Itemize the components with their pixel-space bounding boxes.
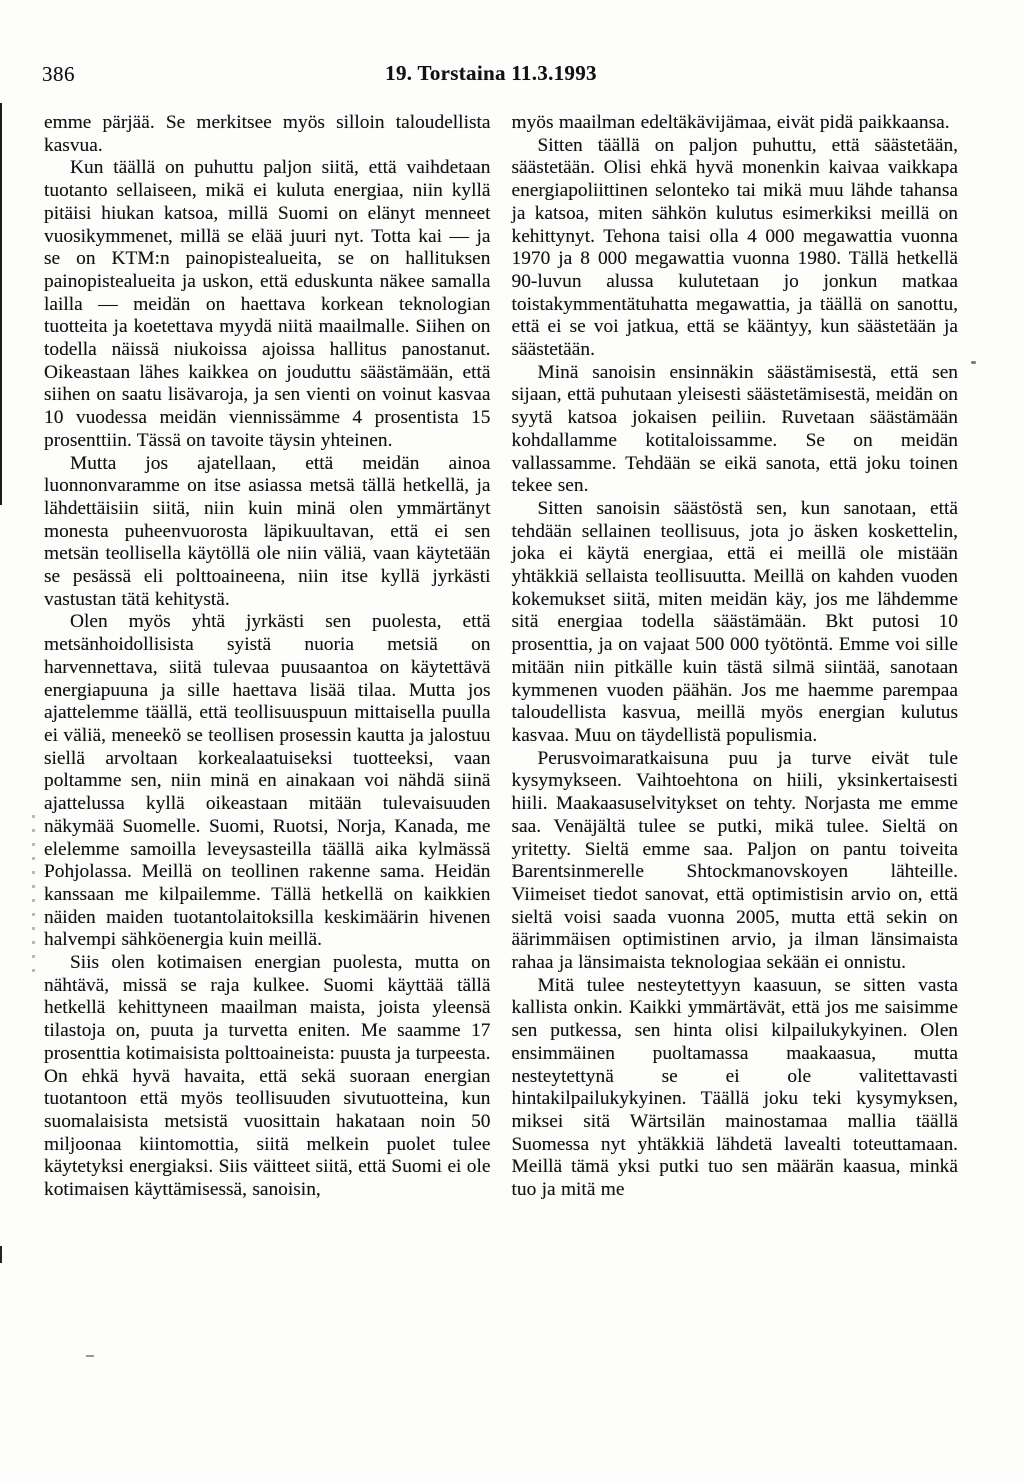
page-header-title: 19. Torstaina 11.3.1993: [0, 61, 982, 86]
paragraph: Siis olen kotimaisen energian puolesta, …: [44, 952, 491, 1202]
paragraph: Kun täällä on puhuttu paljon siitä, että…: [44, 157, 491, 452]
paragraph: Mitä tulee nesteytettyyn kaasuun, se sit…: [512, 975, 959, 1202]
scanned-document-page: 386 19. Torstaina 11.3.1993 emme pärjää.…: [0, 0, 1024, 1483]
paragraph: Sitten täällä on paljon puhuttu, että sä…: [512, 135, 959, 362]
paragraph: Mutta jos ajatellaan, että meidän ainoa …: [44, 453, 491, 612]
scan-dotted-artifact: [32, 815, 35, 975]
scan-edge-line-artifact: [0, 1246, 2, 1263]
left-column: emme pärjää. Se merkitsee myös silloin t…: [44, 112, 491, 1202]
paragraph: Olen myös yhtä jyrkästi sen puolesta, et…: [44, 611, 491, 952]
paragraph: Minä sanoisin ensinnäkin säästämisestä, …: [512, 362, 959, 498]
scan-speck: [86, 1355, 94, 1357]
text-columns: emme pärjää. Se merkitsee myös silloin t…: [44, 112, 958, 1202]
paragraph: emme pärjää. Se merkitsee myös silloin t…: [44, 112, 491, 157]
scan-speck: [971, 361, 976, 364]
paragraph: myös maailman edeltäkävijämaa, eivät pid…: [512, 112, 959, 135]
scan-edge-line-artifact: [0, 103, 2, 505]
paragraph: Perusvoimaratkaisuna puu ja turve eivät …: [512, 748, 959, 975]
right-column: myös maailman edeltäkävijämaa, eivät pid…: [512, 112, 959, 1202]
paragraph: Sitten sanoisin säästöstä sen, kun sanot…: [512, 498, 959, 748]
